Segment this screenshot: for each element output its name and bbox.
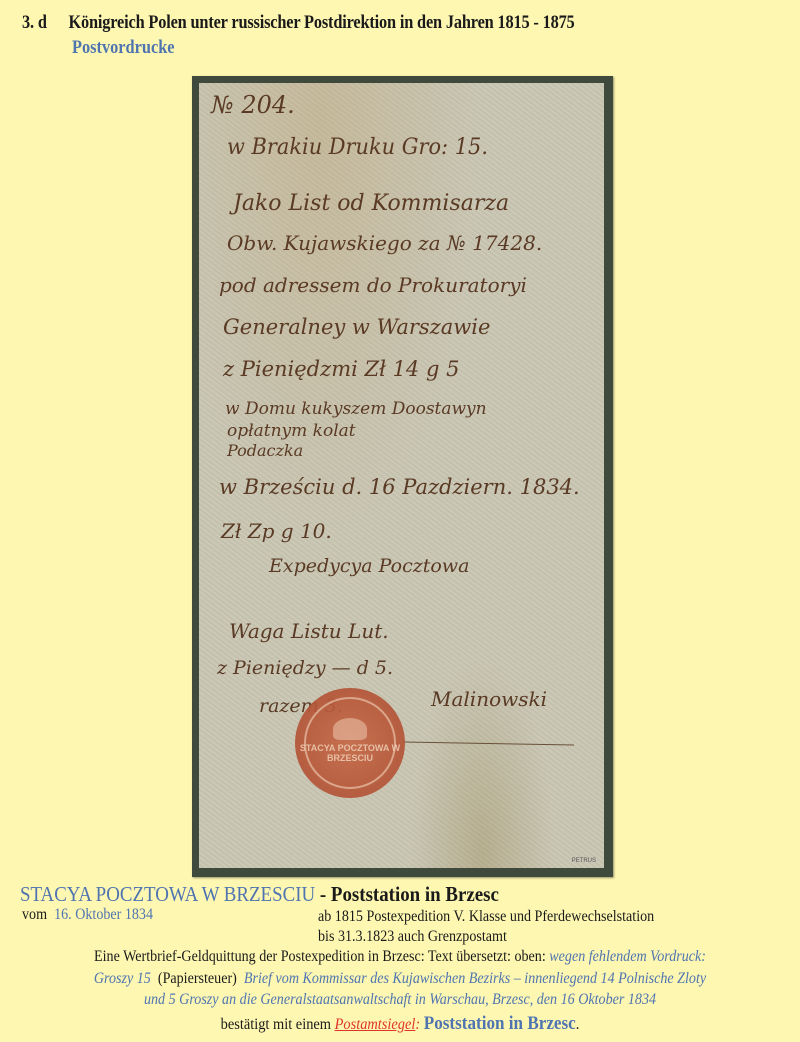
description-line-2: Groszy 15 (Papiersteuer) Brief vom Kommi… [48, 970, 752, 988]
document-scan: № 204. w Brakiu Druku Gro: 15. Jako List… [199, 83, 604, 868]
handwriting-line: Podaczka [227, 441, 303, 460]
handwriting-line: z Pieniędzy — d 5. [217, 657, 393, 679]
page-subtitle: Postvordrucke [72, 37, 175, 59]
handwriting-line: Generalney w Warszawie [223, 315, 490, 339]
confirmation-line: bestätigt mit einem Postamtsiegel: Posts… [40, 1013, 760, 1035]
document-frame: № 204. w Brakiu Druku Gro: 15. Jako List… [192, 76, 613, 877]
section-number: 3. d [22, 12, 68, 34]
handwriting-line: w Domu kukyszem Doostawyn [225, 399, 487, 419]
caption-title: STACYA POCZTOWA W BRZESCIU - Poststation… [20, 882, 499, 907]
confirm-station-name: Poststation in Brzesc [424, 1013, 576, 1034]
crown-emblem-icon [333, 718, 367, 740]
post-office-seal: STACYA POCZTOWA W BRZESCIU [295, 688, 405, 798]
description-line-1: Eine Wertbrief-Geldquittung der Postexpe… [48, 948, 752, 966]
handwriting-line: Zł Zp g 10. [221, 519, 332, 543]
signature: Malinowski [431, 687, 547, 711]
handwriting-line: z Pieniędzmi Zł 14 g 5 [223, 357, 459, 381]
postamtsiegel-link[interactable]: Postamtsiegel [335, 1016, 416, 1033]
corner-mark: PETRUS [572, 858, 596, 864]
seal-text: STACYA POCZTOWA W BRZESCIU [295, 743, 405, 763]
page-title: Königreich Polen unter russischer Postdi… [68, 12, 574, 33]
handwriting-line: Waga Listu Lut. [229, 619, 389, 643]
handwriting-line: Obw. Kujawskiego za № 17428. [227, 231, 542, 255]
station-german-name: Poststation in Brzesc [331, 882, 499, 906]
station-info-line-2: bis 31.3.1823 auch Grenzpostamt [318, 928, 507, 946]
description-line-3: und 5 Groszy an die Generalstaatsanwalts… [48, 991, 752, 1009]
handwriting-line: pod adressem do Prokuratoryi [219, 273, 527, 297]
station-info-line-1: ab 1815 Postexpedition V. Klasse und Pfe… [318, 908, 654, 926]
handwriting-line: opłatnym kolat [227, 421, 356, 441]
handwriting-line: w Brześciu d. 16 Pazdziern. 1834. [219, 475, 580, 499]
handwriting-line: Jako List od Kommisarza [233, 191, 509, 216]
caption-date: vom 16. Oktober 1834 [22, 906, 153, 924]
station-polish-name: STACYA POCZTOWA W BRZESCIU [20, 882, 315, 906]
signature-flourish [404, 742, 574, 746]
handwriting-line: w Brakiu Druku Gro: 15. [227, 135, 488, 160]
page-heading: 3. dKönigreich Polen unter russischer Po… [22, 12, 575, 34]
handwriting-line: № 204. [211, 91, 295, 119]
handwriting-line: Expedycya Pocztowa [269, 555, 469, 577]
